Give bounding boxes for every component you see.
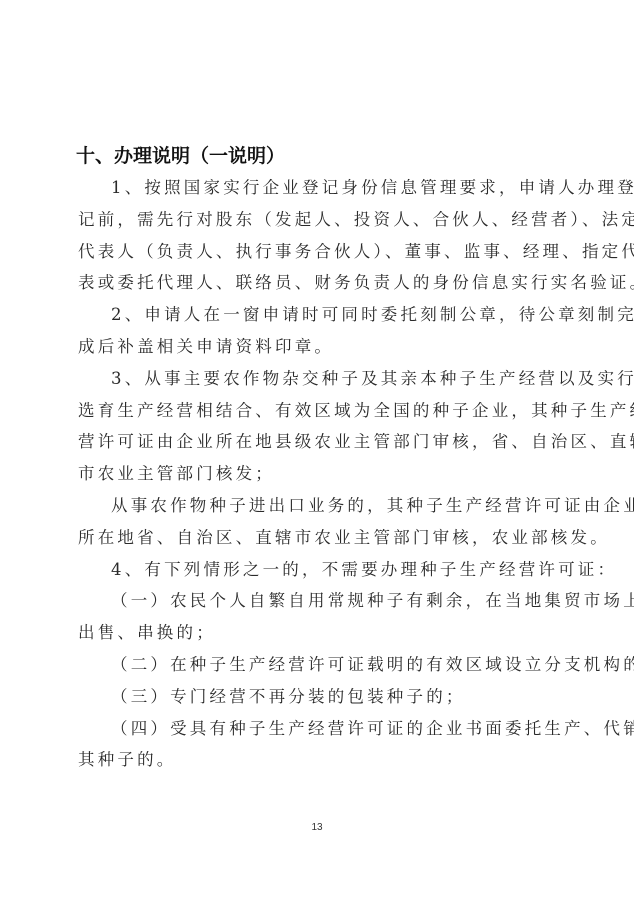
paragraph-7: （二）在种子生产经营许可证载明的有效区域设立分支机构的； [78,649,562,681]
text-line: （四）受具有种子生产经营许可证的企业书面委托生产、代销 [78,713,562,745]
text-line: 选育生产经营相结合、有效区域为全国的种子企业，其种子生产经 [78,395,562,427]
text-line: 2、申请人在一窗申请时可同时委托刻制公章，待公章刻制完 [78,299,562,331]
document-body: 十、办理说明（一说明） 1、按照国家实行企业登记身份信息管理要求，申请人办理登 … [78,140,562,776]
text-line: 1、按照国家实行企业登记身份信息管理要求，申请人办理登 [78,172,562,204]
text-line: 从事农作物种子进出口业务的，其种子生产经营许可证由企业 [78,490,562,522]
document-page: 十、办理说明（一说明） 1、按照国家实行企业登记身份信息管理要求，申请人办理登 … [0,0,634,898]
text-line: 市农业主管部门核发； [78,458,562,490]
paragraph-9: （四）受具有种子生产经营许可证的企业书面委托生产、代销 其种子的。 [78,713,562,777]
text-line: （一）农民个人自繁自用常规种子有剩余，在当地集贸市场上 [78,585,562,617]
text-line: （二）在种子生产经营许可证载明的有效区域设立分支机构的； [78,649,562,681]
text-line: 出售、串换的； [78,617,562,649]
text-line: 营许可证由企业所在地县级农业主管部门审核，省、自治区、直辖 [78,426,562,458]
text-line: （三）专门经营不再分装的包装种子的； [78,681,562,713]
paragraph-1: 1、按照国家实行企业登记身份信息管理要求，申请人办理登 记前，需先行对股东（发起… [78,172,562,299]
text-line: 所在地省、自治区、直辖市农业主管部门审核，农业部核发。 [78,522,562,554]
paragraph-3: 3、从事主要农作物杂交种子及其亲本种子生产经营以及实行 选育生产经营相结合、有效… [78,363,562,490]
paragraph-8: （三）专门经营不再分装的包装种子的； [78,681,562,713]
text-line: 代表人（负责人、执行事务合伙人）、董事、监事、经理、指定代 [78,236,562,268]
page-number: 13 [0,822,634,833]
text-line: 记前，需先行对股东（发起人、投资人、合伙人、经营者）、法定 [78,204,562,236]
text-line: 表或委托代理人、联络员、财务负责人的身份信息实行实名验证。 [78,267,562,299]
text-line: 3、从事主要农作物杂交种子及其亲本种子生产经营以及实行 [78,363,562,395]
paragraph-4: 从事农作物种子进出口业务的，其种子生产经营许可证由企业 所在地省、自治区、直辖市… [78,490,562,554]
text-line: 成后补盖相关申请资料印章。 [78,331,562,363]
section-heading: 十、办理说明（一说明） [76,140,562,172]
paragraph-2: 2、申请人在一窗申请时可同时委托刻制公章，待公章刻制完 成后补盖相关申请资料印章… [78,299,562,363]
text-line: 其种子的。 [78,744,562,776]
paragraph-5: 4、有下列情形之一的，不需要办理种子生产经营许可证： [78,554,562,586]
paragraph-6: （一）农民个人自繁自用常规种子有剩余，在当地集贸市场上 出售、串换的； [78,585,562,649]
text-line: 4、有下列情形之一的，不需要办理种子生产经营许可证： [78,554,562,586]
